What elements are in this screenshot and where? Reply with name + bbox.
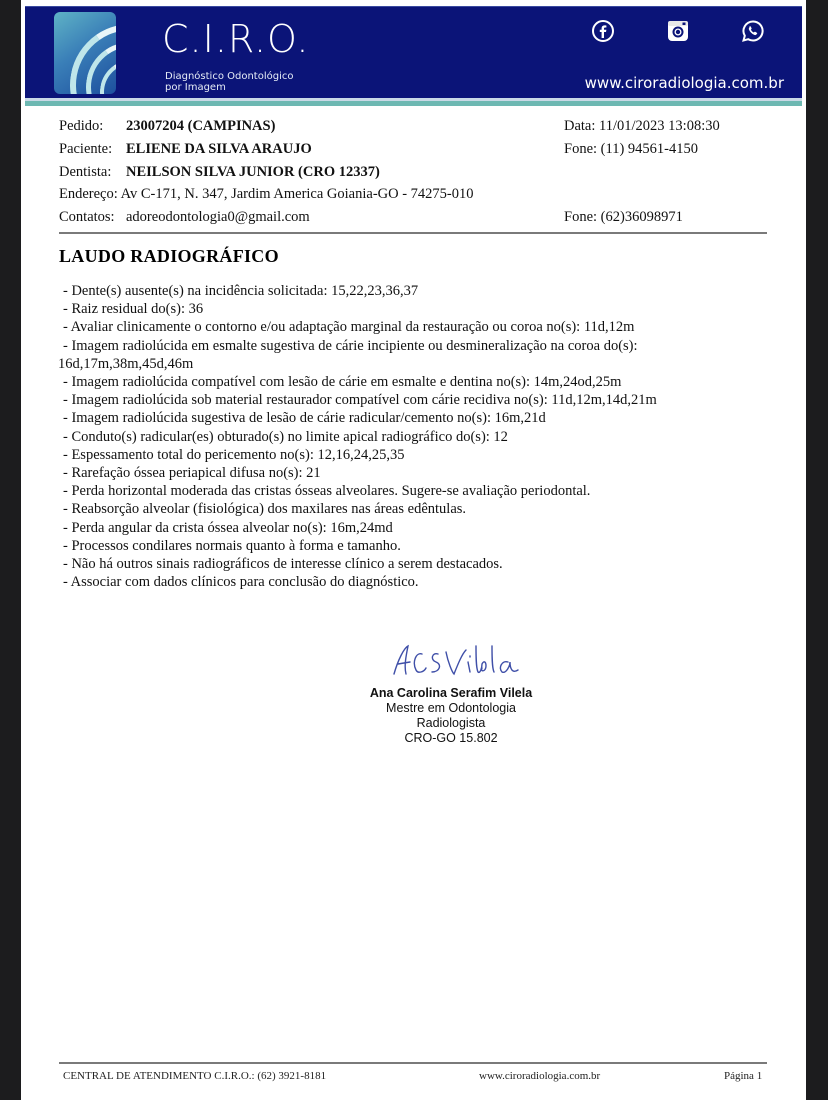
signer-degree: Mestre em Odontologia [321, 701, 581, 716]
findings-list: - Dente(s) ausente(s) na incidência soli… [59, 282, 779, 591]
data-value: 11/01/2023 13:08:30 [599, 118, 720, 134]
report-title: LAUDO RADIOGRÁFICO [59, 246, 279, 267]
report-page: C.I.R.O. Diagnóstico Odontológico por Im… [21, 0, 806, 1100]
header-website-link[interactable]: www.ciroradiologia.com.br [585, 74, 784, 92]
tagline-line2: por Imagem [165, 82, 293, 93]
handwritten-signature [321, 640, 581, 682]
pedido-label: Pedido: [59, 118, 126, 135]
contatos-row: Contatos:adoreodontologia0@gmail.com [59, 209, 310, 226]
endereco-row: Endereço: Av C-171, N. 347, Jardim Ameri… [59, 186, 474, 203]
whatsapp-icon[interactable] [741, 19, 765, 43]
finding-item: - Processos condilares normais quanto à … [59, 537, 779, 555]
finding-item: - Imagem radiolúcida compatível com lesã… [59, 373, 779, 391]
pedido-value: 23007204 (CAMPINAS) [126, 118, 275, 134]
footer-divider [59, 1062, 767, 1064]
data-label: Data: [564, 118, 595, 134]
dentista-row: Dentista:NEILSON SILVA JUNIOR (CRO 12337… [59, 164, 380, 181]
header-stripe [25, 101, 802, 106]
tagline-line1: Diagnóstico Odontológico [165, 71, 293, 82]
brand-name: C.I.R.O. [162, 17, 309, 61]
finding-item: - Reabsorção alveolar (fisiológica) dos … [59, 500, 779, 518]
fone-contato-value: (62)36098971 [601, 209, 683, 225]
brand-tagline: Diagnóstico Odontológico por Imagem [165, 71, 293, 93]
fone-contato-row: Fone: (62)36098971 [564, 209, 683, 226]
endereco-value: Av C-171, N. 347, Jardim America Goiania… [121, 186, 474, 202]
finding-item: - Imagem radiolúcida em esmalte sugestiv… [59, 337, 779, 355]
pedido-row: Pedido:23007204 (CAMPINAS) [59, 118, 275, 135]
ciro-logo-icon [54, 12, 116, 94]
dentista-label: Dentista: [59, 164, 126, 181]
finding-item: - Rarefação óssea periapical difusa no(s… [59, 464, 779, 482]
finding-item: - Perda horizontal moderada das cristas … [59, 482, 779, 500]
footer-page-number: Página 1 [724, 1070, 762, 1082]
fone-paciente-value: (11) 94561-4150 [601, 141, 698, 157]
dentista-value: NEILSON SILVA JUNIOR (CRO 12337) [126, 164, 380, 180]
finding-item: - Não há outros sinais radiográficos de … [59, 555, 779, 573]
fone-contato-label: Fone: [564, 209, 597, 225]
finding-item: 16d,17m,38m,45d,46m [58, 355, 779, 373]
signature-block: Ana Carolina Serafim Vilela Mestre em Od… [321, 640, 581, 746]
signer-registration: CRO-GO 15.802 [321, 731, 581, 746]
info-divider [59, 232, 767, 234]
finding-item: - Imagem radiolúcida sob material restau… [59, 391, 779, 409]
paciente-value: ELIENE DA SILVA ARAUJO [126, 141, 312, 157]
finding-item: - Avaliar clinicamente o contorno e/ou a… [59, 318, 779, 336]
finding-item: - Perda angular da crista óssea alveolar… [59, 519, 779, 537]
finding-item: - Dente(s) ausente(s) na incidência soli… [59, 282, 779, 300]
footer-website-link[interactable]: www.ciroradiologia.com.br [479, 1070, 600, 1082]
finding-item: - Associar com dados clínicos para concl… [59, 573, 779, 591]
finding-item: - Conduto(s) radicular(es) obturado(s) n… [59, 428, 779, 446]
footer-central: CENTRAL DE ATENDIMENTO C.I.R.O.: (62) 39… [63, 1070, 326, 1082]
finding-item: - Espessamento total do pericemento no(s… [59, 446, 779, 464]
instagram-icon[interactable] [666, 19, 690, 43]
signer-role: Radiologista [321, 716, 581, 731]
contatos-email[interactable]: adoreodontologia0@gmail.com [126, 209, 310, 225]
fone-paciente-row: Fone: (11) 94561-4150 [564, 141, 698, 158]
paciente-row: Paciente:ELIENE DA SILVA ARAUJO [59, 141, 312, 158]
finding-item: - Raiz residual do(s): 36 [59, 300, 779, 318]
contatos-label: Contatos: [59, 209, 126, 226]
signer-name: Ana Carolina Serafim Vilela [321, 686, 581, 701]
facebook-icon[interactable] [591, 19, 615, 43]
finding-item: - Imagem radiolúcida sugestiva de lesão … [59, 409, 779, 427]
paciente-label: Paciente: [59, 141, 126, 158]
data-row: Data: 11/01/2023 13:08:30 [564, 118, 720, 135]
header-banner: C.I.R.O. Diagnóstico Odontológico por Im… [25, 6, 802, 99]
fone-paciente-label: Fone: [564, 141, 597, 157]
endereco-label: Endereço: [59, 186, 118, 202]
